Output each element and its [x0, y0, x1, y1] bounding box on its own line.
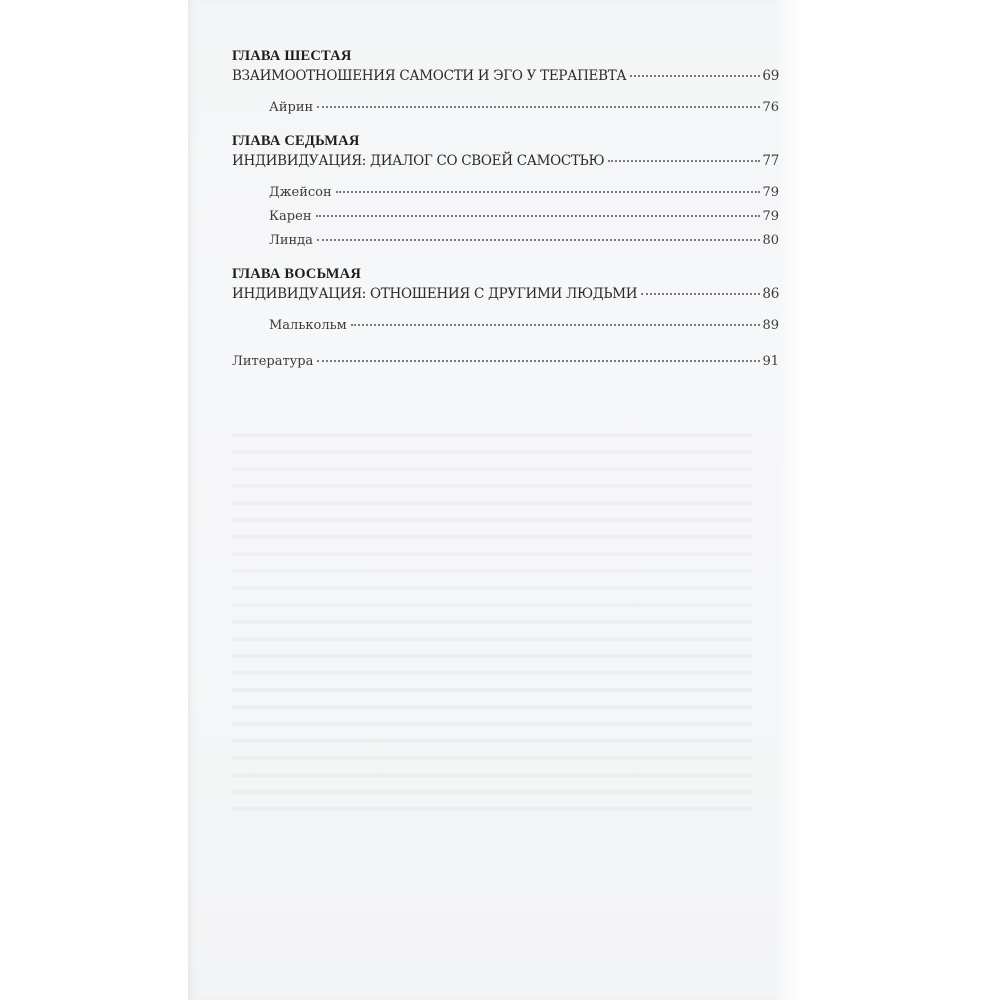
- case-name: Линда: [269, 229, 313, 253]
- case-name: Джейсон: [269, 181, 332, 205]
- case-name: Карен: [269, 205, 312, 229]
- chapter-section: ГЛАВА ВОСЬМАЯ ИНДИВИДУАЦИЯ: ОТНОШЕНИЯ С …: [232, 265, 779, 338]
- case-name: Малькольм: [269, 314, 347, 338]
- toc-entry-bibliography[interactable]: Литература 91: [232, 350, 779, 374]
- toc-entry-case[interactable]: Джейсон 79: [232, 181, 779, 205]
- toc-entry-case[interactable]: Линда 80: [232, 229, 779, 253]
- dot-leader: [630, 75, 760, 77]
- dot-leader: [351, 324, 761, 326]
- chapter-label: ГЛАВА СЕДЬМАЯ: [232, 132, 779, 150]
- dot-leader: [317, 239, 761, 241]
- dot-leader: [336, 191, 761, 193]
- bibliography-label: Литература: [232, 350, 313, 374]
- page-number: 86: [762, 283, 779, 305]
- toc-entry-case[interactable]: Карен 79: [232, 205, 779, 229]
- chapter-title: ВЗАИМООТНОШЕНИЯ САМОСТИ И ЭГО У ТЕРАПЕВТ…: [232, 65, 626, 87]
- chapter-title: ИНДИВИДУАЦИЯ: ДИАЛОГ СО СВОЕЙ САМОСТЬЮ: [232, 150, 604, 172]
- dot-leader: [316, 215, 761, 217]
- dot-leader: [317, 106, 760, 108]
- page-number: 79: [762, 205, 779, 229]
- page-number: 80: [762, 229, 779, 253]
- page-number: 69: [762, 65, 779, 87]
- chapter-section: ГЛАВА ШЕСТАЯ ВЗАИМООТНОШЕНИЯ САМОСТИ И Э…: [232, 47, 779, 120]
- chapter-title: ИНДИВИДУАЦИЯ: ОТНОШЕНИЯ С ДРУГИМИ ЛЮДЬМИ: [232, 283, 637, 305]
- toc-entry-chapter[interactable]: ВЗАИМООТНОШЕНИЯ САМОСТИ И ЭГО У ТЕРАПЕВТ…: [232, 65, 779, 87]
- page-number: 79: [762, 181, 779, 205]
- chapter-section: ГЛАВА СЕДЬМАЯ ИНДИВИДУАЦИЯ: ДИАЛОГ СО СВ…: [232, 132, 779, 253]
- page-number: 89: [762, 314, 779, 338]
- chapter-label: ГЛАВА ШЕСТАЯ: [232, 47, 779, 65]
- dot-leader: [608, 160, 760, 162]
- case-name: Айрин: [269, 96, 313, 120]
- page-number: 77: [762, 150, 779, 172]
- dot-leader: [317, 360, 760, 362]
- table-of-contents: ГЛАВА ШЕСТАЯ ВЗАИМООТНОШЕНИЯ САМОСТИ И Э…: [232, 47, 779, 374]
- toc-entry-chapter[interactable]: ИНДИВИДУАЦИЯ: ОТНОШЕНИЯ С ДРУГИМИ ЛЮДЬМИ…: [232, 283, 779, 305]
- page-number: 76: [762, 96, 779, 120]
- toc-entry-case[interactable]: Малькольм 89: [232, 314, 779, 338]
- page-number: 91: [762, 350, 779, 374]
- dot-leader: [641, 293, 760, 295]
- chapter-label: ГЛАВА ВОСЬМАЯ: [232, 265, 779, 283]
- toc-entry-chapter[interactable]: ИНДИВИДУАЦИЯ: ДИАЛОГ СО СВОЕЙ САМОСТЬЮ 7…: [232, 150, 779, 172]
- toc-entry-case[interactable]: Айрин 76: [232, 96, 779, 120]
